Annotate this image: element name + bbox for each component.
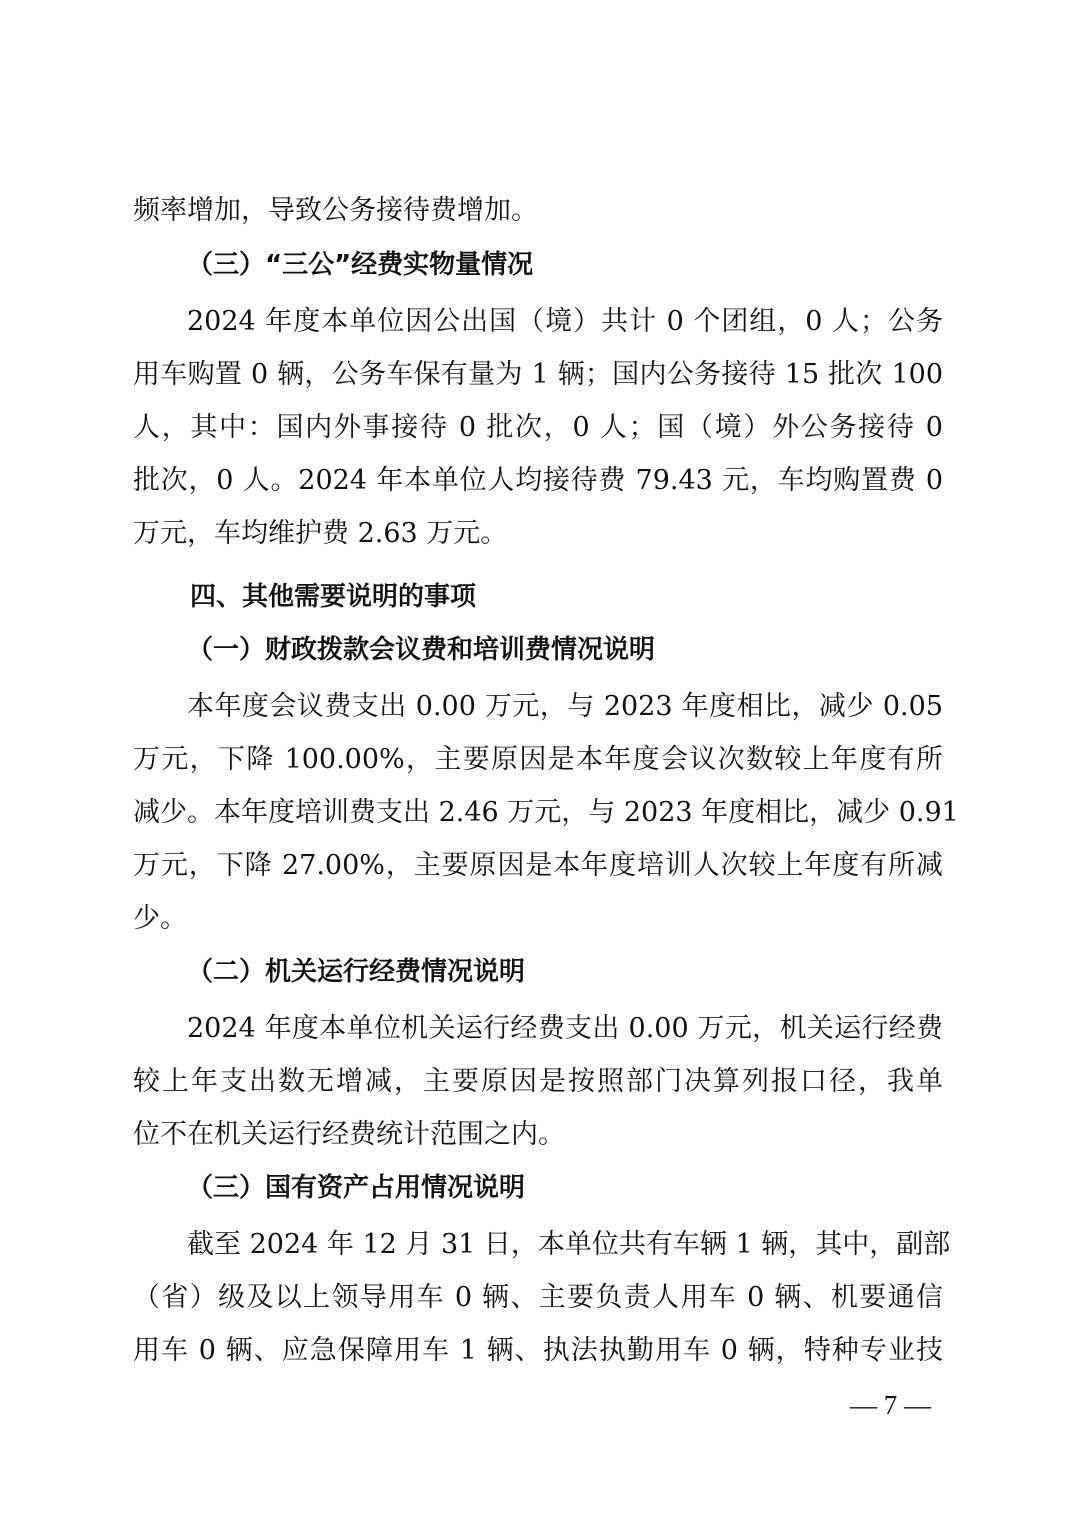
paragraph-line: （省）级及以上领导用车 0 辆、主要负责人用车 0 辆、机要通信 <box>133 1281 943 1315</box>
paragraph-line: 频率增加，导致公务接待费增加。 <box>133 194 943 228</box>
paragraph-line: 万元，下降 27.00%，主要原因是本年度培训人次较上年度有所减 <box>133 849 943 883</box>
paragraph-line: 万元，车均维护费 2.63 万元。 <box>133 517 943 551</box>
paragraph-line: 用车 0 辆、应急保障用车 1 辆、执法执勤用车 0 辆，特种专业技 <box>133 1334 943 1368</box>
paragraph-line: 较上年支出数无增减，主要原因是按照部门决算列报口径，我单 <box>133 1065 943 1099</box>
paragraph-line: 2024 年度本单位机关运行经费支出 0.00 万元，机关运行经费 <box>187 1012 943 1046</box>
paragraph-line: 万元，下降 100.00%，主要原因是本年度会议次数较上年度有所 <box>133 743 943 777</box>
section-heading-other-matters: 四、其他需要说明的事项 <box>190 580 1000 614</box>
paragraph-line: 减少。本年度培训费支出 2.46 万元，与 2023 年度相比，减少 0.91 <box>133 796 943 830</box>
paragraph-line: 人，其中：国内外事接待 0 批次，0 人；国（境）外公务接待 0 <box>133 411 943 445</box>
paragraph-line: 截至 2024 年 12 月 31 日，本单位共有车辆 1 辆，其中，副部 <box>187 1228 943 1262</box>
paragraph-line: 位不在机关运行经费统计范围之内。 <box>133 1118 943 1152</box>
paragraph-line: 少。 <box>133 902 943 936</box>
section-heading-sangong-physical: （三）“三公”经费实物量情况 <box>187 248 997 282</box>
section-heading-state-assets: （三）国有资产占用情况说明 <box>187 1171 997 1205</box>
page-number: — 7 — <box>850 1390 931 1421</box>
section-heading-meeting-training: （一）财政拨款会议费和培训费情况说明 <box>187 633 997 667</box>
paragraph-line: 2024 年度本单位因公出国（境）共计 0 个团组，0 人；公务 <box>187 305 943 339</box>
paragraph-line: 本年度会议费支出 0.00 万元，与 2023 年度相比，减少 0.05 <box>187 690 943 724</box>
section-heading-operating-funds: （二）机关运行经费情况说明 <box>187 955 997 989</box>
paragraph-line: 批次，0 人。2024 年本单位人均接待费 79.43 元，车均购置费 0 <box>133 464 943 498</box>
paragraph-line: 用车购置 0 辆，公务车保有量为 1 辆；国内公务接待 15 批次 100 <box>133 358 943 392</box>
